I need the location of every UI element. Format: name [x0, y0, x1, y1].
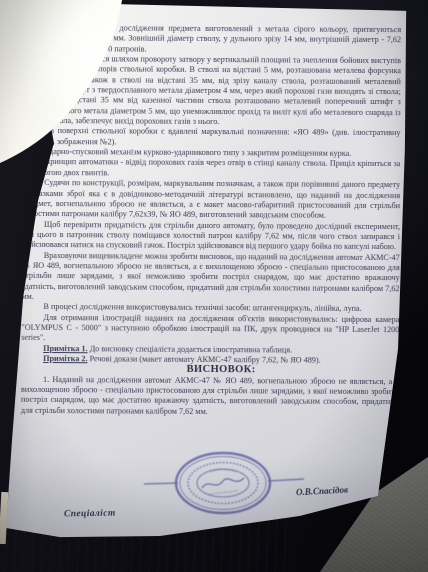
photo-scene: Ствол поданого на дослідження предмета в… — [0, 0, 428, 572]
signature-name: О.В.Спасідов — [296, 485, 348, 498]
signature-role: Спеціаліст — [64, 509, 116, 520]
paragraph: Судячи по конструкції, розмірам, маркува… — [22, 178, 400, 222]
note-1-label: Примітка 1. — [43, 344, 87, 353]
paragraph: На поверхні ствольної коробки є вдавлені… — [22, 126, 400, 149]
paragraph: Для отримання ілюстрацій наданих на досл… — [21, 312, 399, 345]
note-1-text: До висновку спеціаліста додається ілюстр… — [90, 344, 293, 354]
paragraph: Принцип автоматики - відвід порохових га… — [22, 157, 400, 180]
paragraph: Враховуючи вищевикладене можна зробити в… — [21, 250, 399, 304]
paragraph: Щоб перевірити придатність для стрільби … — [22, 219, 400, 252]
conclusion-item: 1. Наданий на дослідження автомат АКМС-4… — [21, 375, 399, 419]
note-2-label: Примітка 2. — [43, 354, 87, 363]
round-seal-stamp — [138, 438, 308, 528]
note-2-text: Речові докази (макет автомату АКМС-47 ка… — [90, 354, 321, 364]
